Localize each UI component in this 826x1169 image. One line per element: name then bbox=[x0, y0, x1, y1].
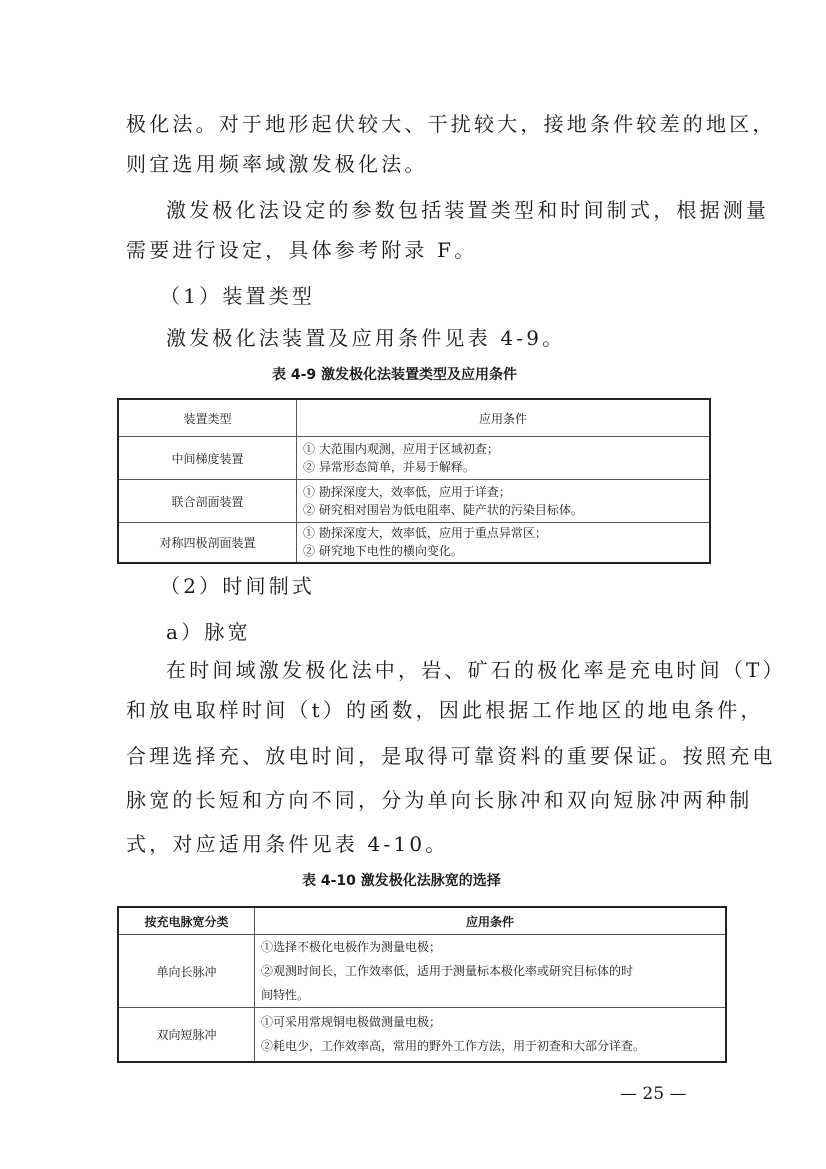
table-header-row: 装置类型 应用条件 bbox=[118, 399, 710, 437]
condition-item: ② 研究相对围岩为低电阻率、陡产状的污染目标体。 bbox=[303, 501, 703, 519]
paragraph-line: 则宜选用频率域激发极化法。 bbox=[126, 150, 428, 178]
condition-item: ②观测时间长，工作效率低，适用于测量标本极化率或研究目标体的时 bbox=[261, 959, 719, 983]
paragraph-line: 激发极化法装置及应用条件见表 4-9。 bbox=[166, 324, 565, 352]
pulse-width-table: 按充电脉宽分类 应用条件 单向长脉冲 ①选择不极化电极作为测量电极； ②观测时间… bbox=[117, 906, 727, 1063]
paragraph-line: 需要进行设定，具体参考附录 F。 bbox=[126, 236, 477, 264]
conditions-cell: ①可采用常规铜电极做测量电极； ②耗电少，工作效率高，常用的野外工作方法，用于初… bbox=[255, 1008, 727, 1062]
table-row: 单向长脉冲 ①选择不极化电极作为测量电极； ②观测时间长，工作效率低，适用于测量… bbox=[118, 935, 726, 1008]
subsection-heading: a）脉宽 bbox=[166, 618, 251, 646]
condition-item: ②耗电少，工作效率高，常用的野外工作方法，用于初查和大部分详查。 bbox=[261, 1034, 719, 1058]
column-header: 应用条件 bbox=[255, 907, 727, 935]
section-heading: （2）时间制式 bbox=[160, 572, 315, 600]
condition-item: ①选择不极化电极作为测量电极； bbox=[261, 935, 719, 959]
table-row: 中间梯度装置 ① 大范围内观测，应用于区域初查； ② 异常形态简单，并易于解释。 bbox=[118, 437, 710, 480]
condition-item: 间特性。 bbox=[261, 983, 719, 1007]
condition-item: ① 勘探深度大，效率低，应用于重点异常区； bbox=[303, 524, 703, 542]
page-number: — 25 — bbox=[620, 1084, 686, 1104]
paragraph-line: 在时间域激发极化法中，岩、矿石的极化率是充电时间（T） bbox=[166, 656, 786, 684]
condition-item: ② 研究地下电性的横向变化。 bbox=[303, 542, 703, 560]
conditions-cell: ① 勘探深度大，效率低，应用于详查； ② 研究相对围岩为低电阻率、陡产状的污染目… bbox=[297, 480, 711, 523]
paragraph-line: 激发极化法设定的参数包括装置类型和时间制式，根据测量 bbox=[166, 196, 769, 224]
table-row: 双向短脉冲 ①可采用常规铜电极做测量电极； ②耗电少，工作效率高，常用的野外工作… bbox=[118, 1008, 726, 1062]
column-header: 应用条件 bbox=[297, 399, 711, 437]
condition-item: ① 大范围内观测，应用于区域初查； bbox=[303, 440, 703, 458]
conditions-cell: ① 大范围内观测，应用于区域初查； ② 异常形态简单，并易于解释。 bbox=[297, 437, 711, 480]
device-type-cell: 联合剖面装置 bbox=[118, 480, 297, 523]
pulse-type-cell: 双向短脉冲 bbox=[118, 1008, 255, 1062]
table-caption: 表 4-9 激发极化法装置类型及应用条件 bbox=[272, 366, 517, 384]
device-type-table: 装置类型 应用条件 中间梯度装置 ① 大范围内观测，应用于区域初查； ② 异常形… bbox=[117, 398, 711, 564]
pulse-type-cell: 单向长脉冲 bbox=[118, 935, 255, 1008]
table-header-row: 按充电脉宽分类 应用条件 bbox=[118, 907, 726, 935]
paragraph-line: 脉宽的长短和方向不同，分为单向长脉冲和双向短脉冲两种制 bbox=[126, 786, 752, 814]
paragraph-line: 合理选择充、放电时间，是取得可靠资料的重要保证。按照充电 bbox=[126, 742, 776, 770]
section-heading: （1）装置类型 bbox=[160, 282, 315, 310]
column-header: 装置类型 bbox=[118, 399, 297, 437]
condition-item: ② 异常形态简单，并易于解释。 bbox=[303, 458, 703, 476]
device-type-cell: 中间梯度装置 bbox=[118, 437, 297, 480]
condition-item: ①可采用常规铜电极做测量电极； bbox=[261, 1010, 719, 1034]
paragraph-line: 和放电取样时间（t）的函数，因此根据工作地区的地电条件， bbox=[126, 696, 764, 724]
paragraph-line: 极化法。对于地形起伏较大、干扰较大，接地条件较差的地区， bbox=[126, 110, 776, 138]
paragraph-line: 式，对应适用条件见表 4-10。 bbox=[126, 830, 449, 858]
device-type-cell: 对称四极剖面装置 bbox=[118, 523, 297, 563]
conditions-cell: ①选择不极化电极作为测量电极； ②观测时间长，工作效率低，适用于测量标本极化率或… bbox=[255, 935, 727, 1008]
condition-item: ① 勘探深度大，效率低，应用于详查； bbox=[303, 483, 703, 501]
table-row: 对称四极剖面装置 ① 勘探深度大，效率低，应用于重点异常区； ② 研究地下电性的… bbox=[118, 523, 710, 563]
table-row: 联合剖面装置 ① 勘探深度大，效率低，应用于详查； ② 研究相对围岩为低电阻率、… bbox=[118, 480, 710, 523]
column-header: 按充电脉宽分类 bbox=[118, 907, 255, 935]
conditions-cell: ① 勘探深度大，效率低，应用于重点异常区； ② 研究地下电性的横向变化。 bbox=[297, 523, 711, 563]
table-caption: 表 4-10 激发极化法脉宽的选择 bbox=[302, 872, 501, 890]
